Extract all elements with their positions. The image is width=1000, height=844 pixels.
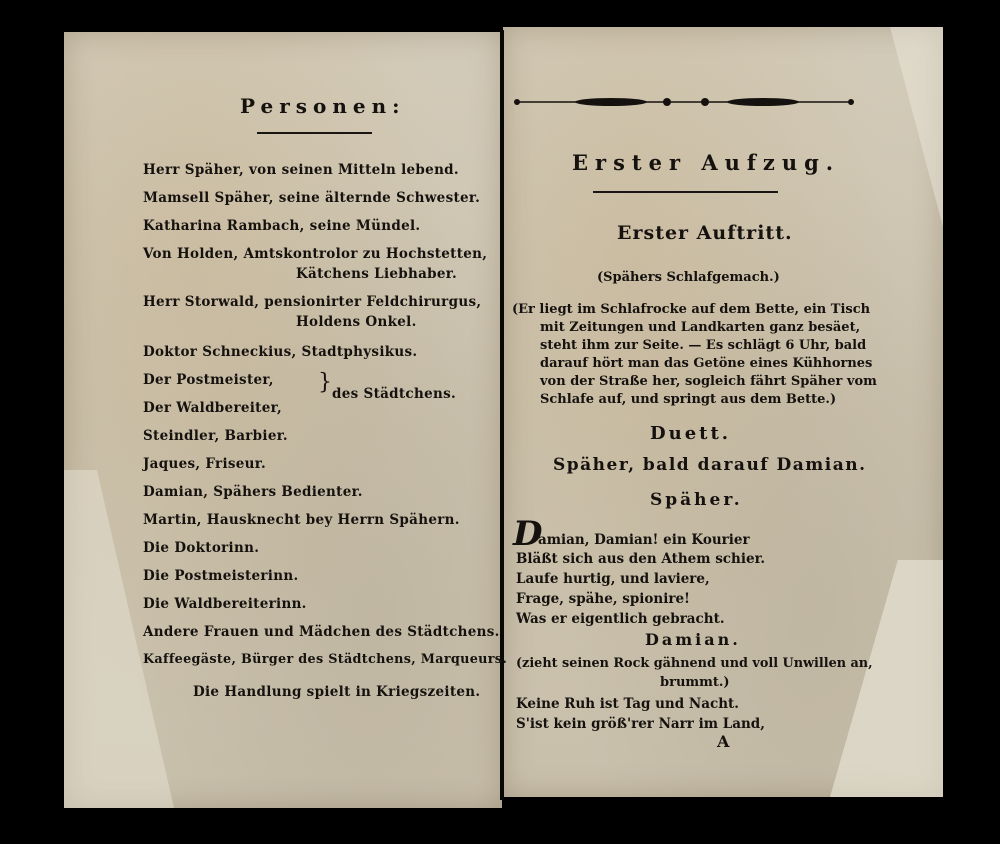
character-entry: Kaffeegäste, Bürger des Städtchens, Marq… xyxy=(143,652,507,667)
character-entry: Martin, Hausknecht bey Herrn Spähern. xyxy=(143,512,460,528)
verse-line: Was er eigentlich gebracht. xyxy=(516,611,725,627)
signature-mark: A xyxy=(717,732,729,751)
act-title-rule xyxy=(593,191,778,193)
stage-direction-line: (zieht seinen Rock gähnend und voll Unwi… xyxy=(516,656,873,671)
verse-line: S'ist kein größ'rer Narr im Land, xyxy=(516,716,765,732)
stage-direction-line: Schlafe auf, und springt aus dem Bette.) xyxy=(540,392,836,407)
character-entry-cont: Holdens Onkel. xyxy=(296,314,417,330)
character-entry: Andere Frauen und Mädchen des Städtchens… xyxy=(143,624,500,640)
verse-line: amian, Damian! ein Kourier xyxy=(538,532,750,548)
stage-direction-line: mit Zeitungen und Landkarten ganz besäet… xyxy=(540,320,860,335)
character-entry: Die Doktorinn. xyxy=(143,540,259,556)
character-entry: Doktor Schneckius, Stadtphysikus. xyxy=(143,344,417,360)
verse-line: Keine Ruh ist Tag und Nacht. xyxy=(516,696,739,712)
scene-title: Erster Auftritt. xyxy=(617,222,793,244)
character-entry: Mamsell Späher, seine älternde Schwester… xyxy=(143,190,480,206)
stage-direction-line: steht ihm zur Seite. — Es schlägt 6 Uhr,… xyxy=(540,338,866,353)
character-entry: Die Postmeisterinn. xyxy=(143,568,298,584)
character-entry-cont: Kätchens Liebhaber. xyxy=(296,266,457,282)
bracket-icon: } xyxy=(318,370,332,395)
act-title: Erster Aufzug. xyxy=(572,150,840,175)
scene-location: (Spähers Schlafgemach.) xyxy=(597,270,780,285)
speaker-label: Späher. xyxy=(650,490,743,510)
character-entry: Der Waldbereiter, xyxy=(143,400,282,416)
title-rule xyxy=(257,132,372,134)
verse-line: Bläßt sich aus den Athem schier. xyxy=(516,551,765,567)
speaker-label: Damian. xyxy=(645,630,741,649)
stage-direction-line: brummt.) xyxy=(660,675,730,690)
stage-direction-line: (Er liegt im Schlafrocke auf dem Bette, … xyxy=(512,302,870,317)
character-entry: Herr Storwald, pensionirter Feldchirurgu… xyxy=(143,294,481,310)
duett-roles: Späher, bald darauf Damian. xyxy=(553,455,867,475)
ornament-rule-icon xyxy=(513,96,855,108)
personen-title: Personen: xyxy=(240,94,406,118)
setting-note: Die Handlung spielt in Kriegszeiten. xyxy=(193,684,480,700)
character-entry: Damian, Spähers Bedienter. xyxy=(143,484,363,500)
stage-direction-line: von der Straße her, sogleich fährt Spähe… xyxy=(540,374,877,389)
character-entry: Von Holden, Amtskontrolor zu Hochstetten… xyxy=(143,246,487,262)
book-gutter xyxy=(500,30,504,800)
character-entry: Der Postmeister, xyxy=(143,372,274,388)
stage-direction-line: darauf hört man das Getöne eines Kühhorn… xyxy=(540,356,872,371)
verse-line: Laufe hurtig, und laviere, xyxy=(516,571,710,587)
character-entry: Katharina Rambach, seine Mündel. xyxy=(143,218,420,234)
verse-line: Frage, spähe, spionire! xyxy=(516,591,690,607)
character-entry: Steindler, Barbier. xyxy=(143,428,288,444)
character-entry: Jaques, Friseur. xyxy=(143,456,266,472)
duett-title: Duett. xyxy=(650,423,731,444)
character-entry: Die Waldbereiterinn. xyxy=(143,596,307,612)
character-entry: Herr Späher, von seinen Mitteln lebend. xyxy=(143,162,459,178)
bracket-note: des Städtchens. xyxy=(332,386,456,402)
